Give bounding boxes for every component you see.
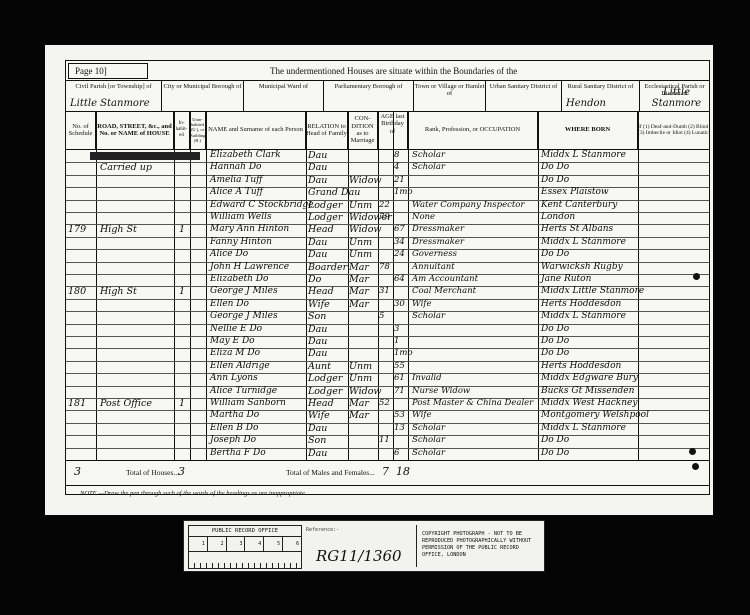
occupation: Scholar bbox=[412, 160, 445, 175]
occupation: Scholar bbox=[412, 309, 445, 324]
parliamentary-borough-field: Parliamentary Borough of bbox=[324, 81, 414, 111]
col-schedule: No. of Schedule bbox=[66, 111, 96, 149]
road-name: Post Office bbox=[100, 396, 152, 411]
road-name: High St bbox=[100, 222, 137, 237]
municipal-borough-field: City or Municipal Borough of bbox=[162, 81, 244, 111]
age-female: 64 bbox=[394, 272, 405, 287]
schedule-count: 3 bbox=[74, 464, 81, 479]
redaction-mark bbox=[90, 152, 200, 160]
scale-numbers: 123456 bbox=[189, 537, 301, 552]
age-male: 31 bbox=[379, 284, 390, 299]
totals-row: 3 Total of Houses... 3 Total of Males an… bbox=[66, 460, 709, 486]
age-female: 24 bbox=[394, 247, 405, 262]
rural-sanitary-field: Rural Sanitary District ofHendon bbox=[562, 81, 640, 111]
age-male: 5 bbox=[379, 309, 384, 324]
hole-punch-mark bbox=[689, 448, 696, 455]
age-male: 78 bbox=[379, 260, 390, 275]
reference-value: RG11/1360 bbox=[316, 547, 402, 565]
houses-total-value: 3 bbox=[178, 464, 185, 479]
relation: Dau bbox=[308, 446, 327, 461]
males-total: 7 bbox=[382, 464, 389, 479]
persons-total-label: Total of Males and Females... bbox=[286, 468, 375, 477]
houses-total-label: Total of Houses... bbox=[126, 468, 179, 477]
town-village-field: Town or Village or Hamlet of bbox=[414, 81, 486, 111]
females-total: 18 bbox=[396, 464, 410, 479]
person-name: Bertha F Do bbox=[210, 446, 266, 461]
scale-box: PUBLIC RECORD OFFICE 123456 bbox=[188, 525, 302, 569]
age-male: 52 bbox=[379, 396, 390, 411]
ecclesiastical-parish-field: Ecclesiastical Parish or District ofLitt… bbox=[640, 81, 709, 111]
note: NOTE.—Draw the pen through such of the w… bbox=[80, 490, 306, 497]
municipal-ward-field: Municipal Ward of bbox=[244, 81, 324, 111]
col-where-born: WHERE BORN bbox=[538, 111, 638, 149]
inhabited-count: 1 bbox=[179, 222, 185, 237]
header-fields: Civil Parish [or Township] ofLittle Stan… bbox=[66, 80, 709, 112]
copyright-notice: COPYRIGHT PHOTOGRAPH - NOT TO BE REPRODU… bbox=[422, 531, 540, 559]
occupation: Scholar bbox=[412, 446, 445, 461]
age-female: 13 bbox=[394, 421, 405, 436]
record-office-title: PUBLIC RECORD OFFICE bbox=[189, 526, 301, 537]
col-occupation: Rank, Profession, or OCCUPATION bbox=[408, 111, 538, 149]
col-inhabited: In-habit-ed bbox=[174, 111, 190, 149]
condition: Mar bbox=[349, 408, 369, 423]
age-female: 1mo bbox=[394, 185, 413, 200]
condition: Mar bbox=[349, 297, 369, 312]
road-name: Carried up bbox=[100, 160, 152, 175]
urban-sanitary-field: Urban Sanitary District of bbox=[486, 81, 562, 111]
age-female: 71 bbox=[394, 384, 405, 399]
civil-parish-field: Civil Parish [or Township] ofLittle Stan… bbox=[66, 81, 162, 111]
page-label: Page 10] bbox=[68, 63, 148, 79]
col-road: ROAD, STREET, &c., and No. or NAME of HO… bbox=[96, 111, 174, 149]
col-infirmity: If (1) Deaf-and-Dumb (2) Blind (3) Imbec… bbox=[638, 111, 709, 149]
ruler bbox=[189, 552, 301, 568]
reference-box: Reference:- RG11/1360 bbox=[304, 525, 417, 567]
schedule-number: 181 bbox=[68, 396, 86, 411]
schedule-number: 179 bbox=[68, 222, 86, 237]
age-male: 11 bbox=[379, 433, 390, 448]
where-born: Do Do bbox=[541, 446, 569, 461]
road-name: High St bbox=[100, 284, 137, 299]
age-female: 6 bbox=[394, 446, 399, 461]
hole-punch-mark bbox=[693, 273, 700, 280]
record-office-label: PUBLIC RECORD OFFICE 123456 Reference:- … bbox=[183, 520, 545, 572]
inhabited-count: 1 bbox=[179, 284, 185, 299]
schedule-number: 180 bbox=[68, 284, 86, 299]
col-condition: CON-DITION as to Marriage bbox=[348, 111, 378, 149]
inhabited-count: 1 bbox=[179, 396, 185, 411]
reference-label: Reference:- bbox=[304, 525, 416, 535]
boundary-title: The undermentioned Houses are situate wi… bbox=[270, 66, 517, 76]
col-relation: RELATION to Head of Family bbox=[306, 111, 348, 149]
col-uninhabited: Unin-habited (U.), or Building (B.) bbox=[190, 111, 206, 149]
age-female: 30 bbox=[394, 297, 405, 312]
hole-punch-mark bbox=[692, 463, 699, 470]
col-name: NAME and Surname of each Person bbox=[206, 111, 306, 149]
